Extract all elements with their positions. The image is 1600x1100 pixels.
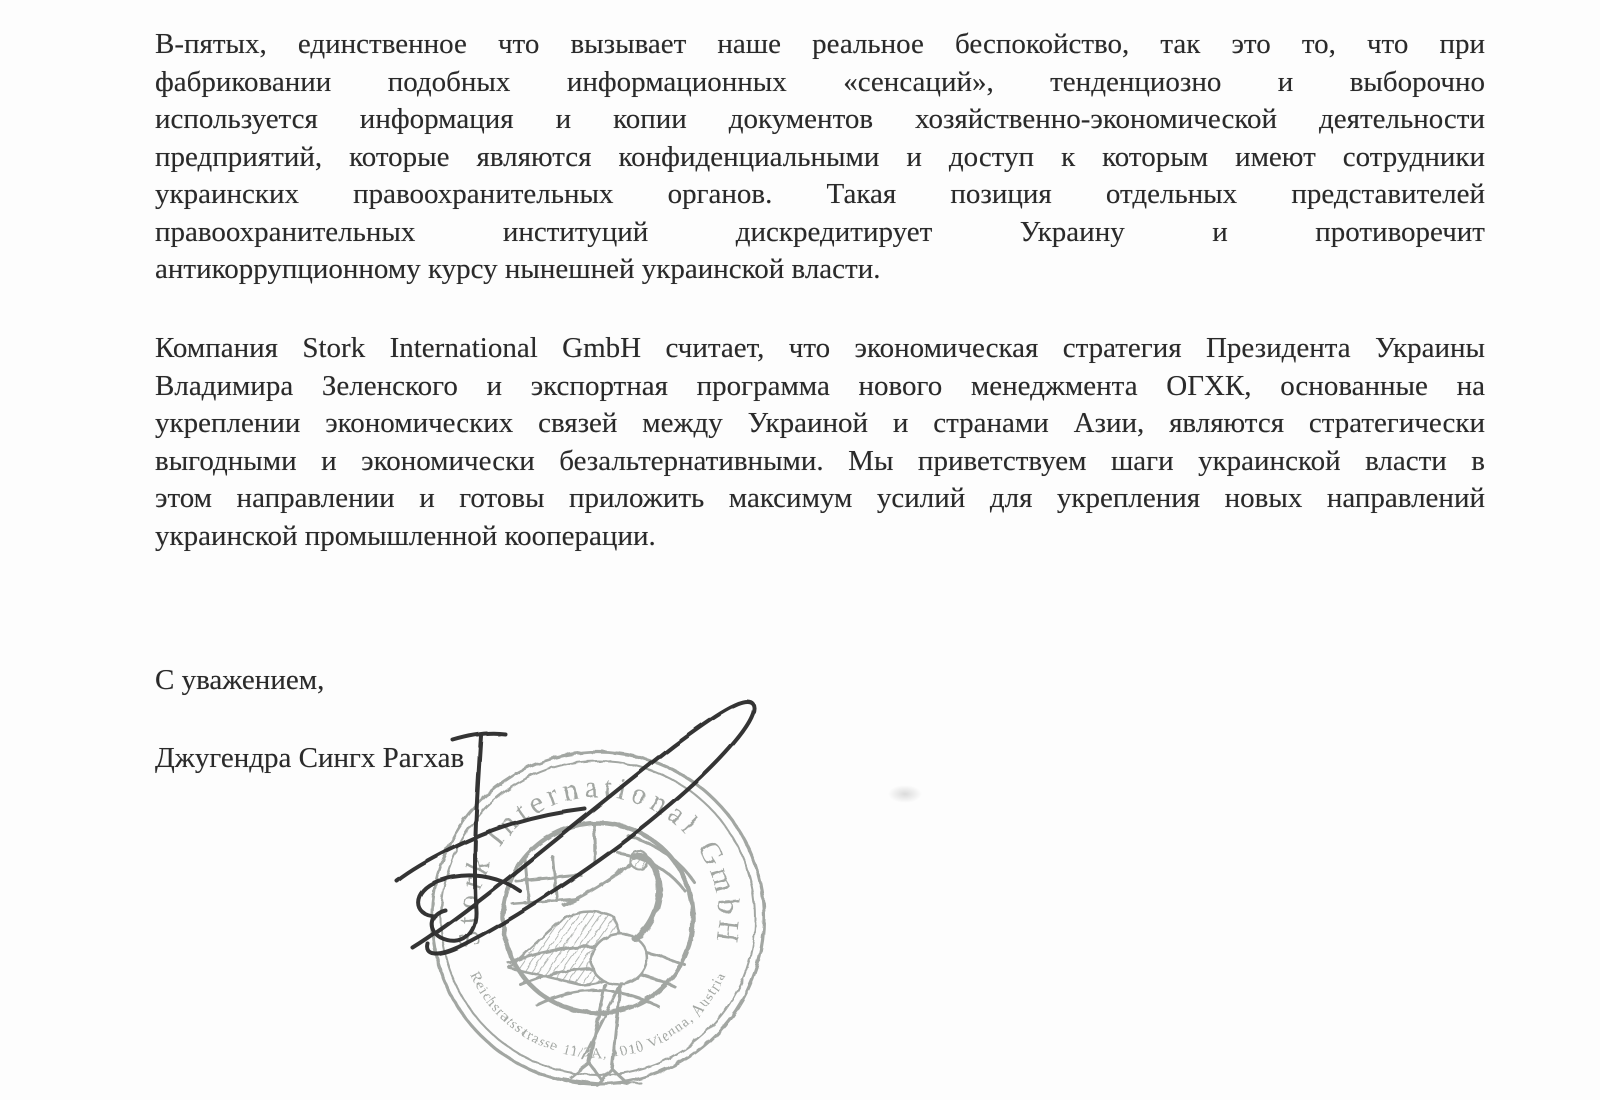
text-line: правоохранительных институций дискредити… (155, 214, 1485, 252)
text-line: украинской промышленной кооперации. (155, 518, 1485, 556)
text-line: выгодными и экономически безальтернативн… (155, 443, 1485, 481)
signature-strokes (397, 702, 754, 954)
scan-smudge (888, 785, 922, 803)
text-line: используется информация и копии документ… (155, 101, 1485, 139)
text-line: В-пятых, единственное что вызывает наше … (155, 26, 1485, 64)
text-line: Компания Stork International GmbH считае… (155, 330, 1485, 368)
document-page: В-пятых, единственное что вызывает наше … (0, 0, 1600, 1100)
text-line: укреплении экономических связей между Ук… (155, 405, 1485, 443)
text-line: предприятий, которые являются конфиденци… (155, 139, 1485, 177)
paragraph-1: В-пятых, единственное что вызывает наше … (155, 26, 1485, 289)
paragraph-2: Компания Stork International GmbH считае… (155, 330, 1485, 555)
handwritten-signature (383, 676, 783, 986)
closing-salutation: С уважением, (155, 662, 324, 700)
text-line: антикоррупционному курсу нынешней украин… (155, 251, 1485, 289)
text-line: украинских правоохранительных органов. Т… (155, 176, 1485, 214)
text-line: фабриковании подобных информационных «се… (155, 64, 1485, 102)
text-line: Владимира Зеленского и экспортная програ… (155, 368, 1485, 406)
text-line: этом направлении и готовы приложить макс… (155, 480, 1485, 518)
